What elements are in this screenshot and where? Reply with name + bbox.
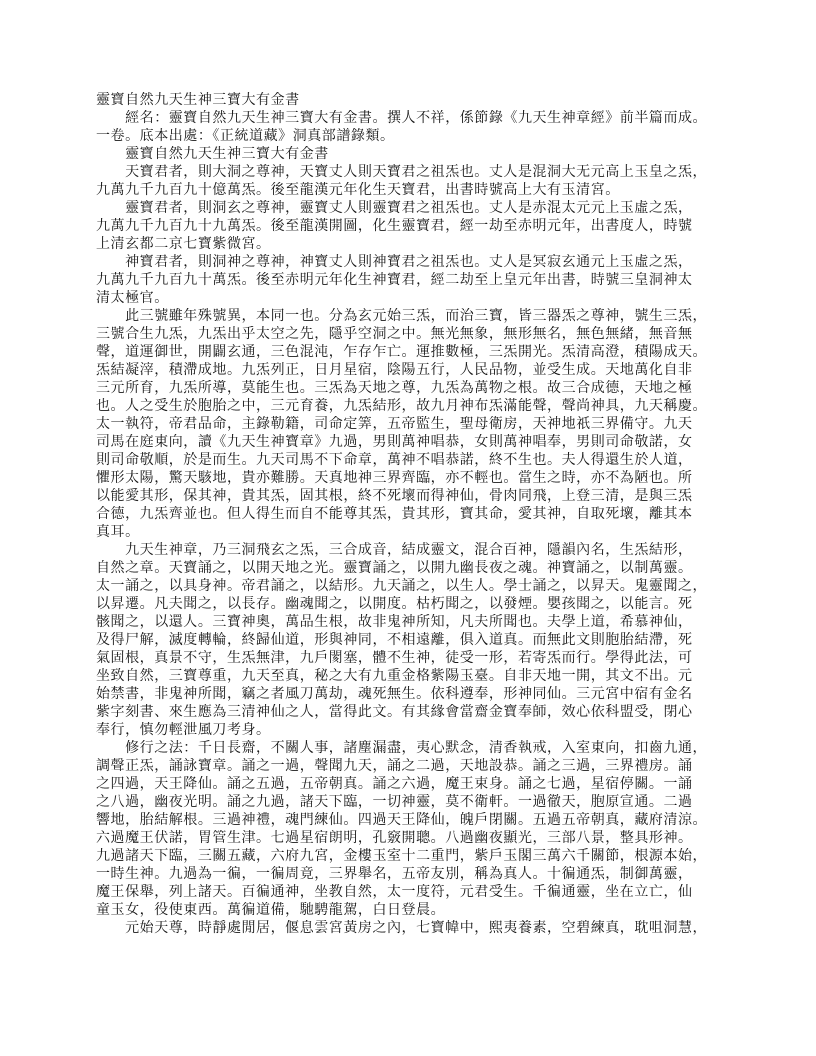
- text-line: 九萬九千九百九十萬炁。後至赤明元年化生神寶君，經二劫至上皇元年出書，時號三皇洞神…: [96, 272, 728, 290]
- text-line: 九萬九千九百九十億萬炁。後至龍漢元年化生天寶君，出書時號高上大有玉清宮。: [96, 182, 728, 200]
- text-line: 靈寶君者，則洞玄之尊神，靈寶丈人則靈寶君之祖炁也。丈人是赤混太元元上玉虛之炁，: [96, 200, 728, 218]
- text-line: 及得尸解，滅度轉輪，終歸仙道，形與神同，不相遠離，俱入道真。而無此文則胞胎結滯，…: [96, 632, 728, 650]
- text-line: 靈寶自然九天生神三寶大有金書: [96, 146, 728, 164]
- text-line: 調聲正炁，誦詠寶章。誦之一過，聲聞九天，誦之二過，天地設恭。誦之三過，三界禮房。…: [96, 758, 728, 776]
- text-line: 六過魔王伏諾，胃管生津。七過星宿朗明，孔竅開聰。八過幽夜顯光，三部八景，整具形神…: [96, 830, 728, 848]
- text-line: 太一執符，帝君品命，主錄勒籍，司命定筭，五帝監生，聖母衛房，天神地祇三界備守。九…: [96, 416, 728, 434]
- text-line: 奉行，慎勿輕泄風刀考身。: [96, 722, 728, 740]
- text-line: 三元所育，九炁所導，莫能生也。三炁為天地之尊，九炁為萬物之根。故三合成德，天地之…: [96, 380, 728, 398]
- text-line: 骸聞之，以還人。三寶神奧，萬品生根，故非鬼神所知，凡夫所聞也。夫學上道，希慕神仙…: [96, 614, 728, 632]
- text-line: 也。人之受生於胞胎之中，三元育養，九炁結形，故九月神布炁滿能聲，聲尚神具，九天稱…: [96, 398, 728, 416]
- text-line: 司馬在庭東向，讀《九天生神寶章》九過，男則萬神唱恭，女則萬神唱奉，男則司命敬諾，…: [96, 434, 728, 452]
- text-line: 始禁書，非鬼神所聞，竊之者風刀萬劫，魂死無生。依科遵奉，形神同仙。三元宮中宿有金…: [96, 686, 728, 704]
- text-line: 此三號雖年殊號異，本同一也。分為玄元始三炁，而治三寶，皆三器炁之尊神，號生三炁，: [96, 308, 728, 326]
- text-line: 太一誦之，以具身神。帝君誦之，以結形。九天誦之，以生人。學士誦之，以昇天。鬼靈聞…: [96, 578, 728, 596]
- text-line: 靈寶自然九天生神三寶大有金書: [96, 92, 728, 110]
- text-line: 一時生神。九過為一徧，一徧周竟，三界舉名，五帝友別，稱為真人。十徧通炁，制御萬靈…: [96, 866, 728, 884]
- text-line: 以昇遷。凡夫聞之，以長存。幽魂聞之，以開度。枯朽聞之，以發煙。嬰孩聞之，以能言。…: [96, 596, 728, 614]
- text-line: 清太極官。: [96, 290, 728, 308]
- text-line: 懼形太陽，驚天駭地，貴亦難勝。天真地神三界齊臨，亦不輕也。當生之時，亦不為陋也。…: [96, 470, 728, 488]
- text-line: 神寶君者，則洞神之尊神，神寶丈人則神寶君之祖炁也。丈人是冥寂玄通元上玉虛之炁，: [96, 254, 728, 272]
- text-line: 炁結凝滓，積滯成地。九炁列正，日月星宿，陰陽五行，人民品物，並受生成。天地萬化自…: [96, 362, 728, 380]
- text-line: 坐致自然，三寶尊重，九天至真，秘之大有九重金格紫陽玉臺。自非天地一開，其文不出。…: [96, 668, 728, 686]
- document-body: 靈寶自然九天生神三寶大有金書 經名：靈寶自然九天生神三寶大有金書。撰人不祥，係節…: [96, 92, 728, 938]
- text-line: 自然之章。天寶誦之，以開天地之光。靈寶誦之，以開九幽長夜之魂。神寶誦之，以制萬靈…: [96, 560, 728, 578]
- document-page: 靈寶自然九天生神三寶大有金書 經名：靈寶自然九天生神三寶大有金書。撰人不祥，係節…: [0, 0, 816, 1056]
- text-line: 九過諸天下臨，三關五藏，六府九宮，金樓玉室十二重門，紫戶玉閣三萬六千關節，根源本…: [96, 848, 728, 866]
- text-line: 一卷。底本出處：《正統道藏》洞真部譜錄類。: [96, 128, 728, 146]
- text-line: 氣固根，真景不守，生炁無津，九戶閡塞，體不生神，徒受一形，若寄炁而行。學得此法，…: [96, 650, 728, 668]
- text-line: 聲，道運御世，開闢玄通，三色混沌，乍存乍亡。運推數極，三炁開光。炁清高澄，積陽成…: [96, 344, 728, 362]
- text-line: 則司命敬順，於是而生。九天司馬不下命章，萬神不唱恭諾，終不生也。夫人得還生於人道…: [96, 452, 728, 470]
- text-line: 之八過，幽夜光明。誦之九過，諸天下臨，一切神靈，莫不衛軒。一過徹天，胞原宣通。二…: [96, 794, 728, 812]
- text-line: 魔王保舉，列上諸天。百徧通神，坐教自然，太一度符，元君受生。千徧通靈，坐在立亡，…: [96, 884, 728, 902]
- text-line: 真耳。: [96, 524, 728, 542]
- text-line: 響地，胎結解根。三過神禮，魂門練仙。四過天王降仙，魄戶閉關。五過五帝朝真，藏府清…: [96, 812, 728, 830]
- text-line: 天寶君者，則大洞之尊神，天寶丈人則天寶君之祖炁也。丈人是混洞大无元高上玉皇之炁，: [96, 164, 728, 182]
- text-line: 以能愛其形，保其神，貴其炁，固其根，終不死壞而得神仙，骨肉同飛，上登三清，是與三…: [96, 488, 728, 506]
- text-line: 修行之法：千日長齋，不關人事，諸塵漏盡，夷心默念，清香執戒，入室東向，扣齒九通，: [96, 740, 728, 758]
- text-line: 經名：靈寶自然九天生神三寶大有金書。撰人不祥，係節錄《九天生神章經》前半篇而成。: [96, 110, 728, 128]
- text-line: 上清玄都二京七寶紫微宮。: [96, 236, 728, 254]
- text-line: 九天生神章，乃三洞飛玄之炁，三合成音，結成靈文，混合百神，隱韻內名，生炁結形，: [96, 542, 728, 560]
- text-line: 元始天尊，時靜處閒居，偃息雲宮黃房之內，七寶幃中，熙夷養素，空碧練真，耽咀洞慧，: [96, 920, 728, 938]
- text-line: 合德，九炁齊並也。但人得生而自不能尊其炁，貴其形，寶其命，愛其神，自取死壞，離其…: [96, 506, 728, 524]
- text-line: 童玉女，役使東西。萬徧道備，馳騁龍駕，白日登晨。: [96, 902, 728, 920]
- text-line: 三號合生九炁，九炁出乎太空之先，隱乎空洞之中。無光無象，無形無名，無色無緒，無音…: [96, 326, 728, 344]
- text-line: 之四過，天王降仙。誦之五過，五帝朝真。誦之六過，魔王束身。誦之七過，星宿停關。一…: [96, 776, 728, 794]
- text-line: 紫字刻書、來生應為三清神仙之人，當得此文。有其緣會當齋金寶奉師，效心依科盟受，閉…: [96, 704, 728, 722]
- text-line: 九萬九千九百九十九萬炁。後至龍漢開圖，化生靈寶君，經一劫至赤明元年，出書度人，時…: [96, 218, 728, 236]
